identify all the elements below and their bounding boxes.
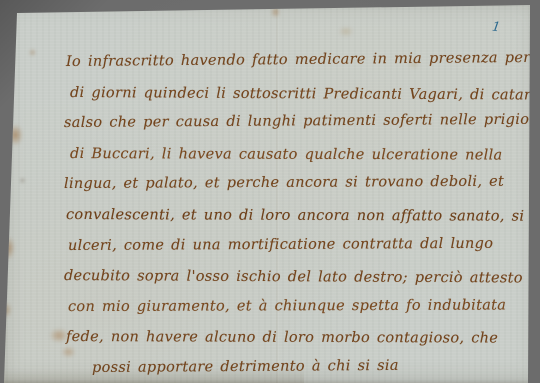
- manuscript-line: convalescenti, et uno di loro ancora non…: [66, 200, 530, 232]
- foxing-stain: [2, 236, 15, 260]
- scan-background: 1 Io infrascritto havendo fatto medicare…: [0, 0, 540, 383]
- manuscript-page: 1 Io infrascritto havendo fatto medicare…: [0, 0, 540, 383]
- manuscript-line: ulceri, come di una mortificatione contr…: [68, 228, 530, 261]
- manuscript-line: salso che per causa di lunghi patimenti …: [64, 105, 530, 139]
- foxing-stain: [20, 178, 25, 183]
- foxing-stain: [29, 49, 36, 56]
- manuscript-line: Io infrascritto havendo fatto medicare i…: [66, 43, 530, 78]
- bottom-shadow: [4, 368, 304, 383]
- manuscript-text: Io infrascritto havendo fatto medicare i…: [64, 47, 530, 383]
- manuscript-line: decubito sopra l'osso ischio del lato de…: [64, 261, 530, 294]
- foxing-stain: [338, 26, 354, 37]
- foxing-stain: [1, 302, 12, 318]
- foxing-stain: [271, 6, 280, 18]
- manuscript-line: lingua, et palato, et perche ancora si t…: [64, 167, 530, 200]
- foxing-stain: [8, 124, 23, 146]
- manuscript-line: con mio giuramento, et à chiunque spetta…: [68, 290, 530, 322]
- page-number: 1: [491, 19, 501, 35]
